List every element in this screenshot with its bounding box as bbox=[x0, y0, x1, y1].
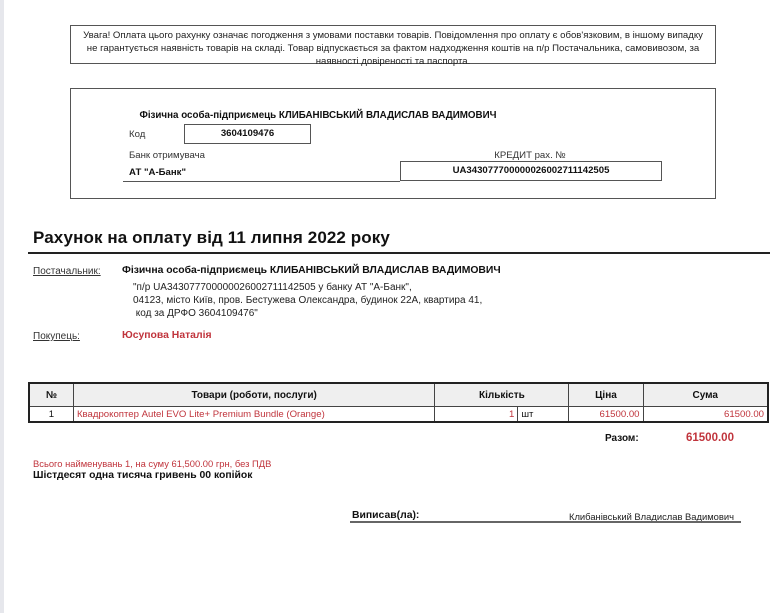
table-row: 1 Квадрокоптер Autel EVO Lite+ Premium B… bbox=[29, 407, 768, 423]
row-price: 61500.00 bbox=[569, 407, 643, 423]
recipient-box bbox=[70, 88, 716, 199]
header-name: Товари (роботи, послуги) bbox=[73, 383, 434, 407]
buyer-name: Юсупова Наталія bbox=[122, 330, 212, 341]
supplier-name: Фізична особа-підприємець КЛИБАНІВСЬКИЙ … bbox=[122, 265, 501, 276]
header-price: Ціна bbox=[569, 383, 643, 407]
row-qty: 1 bbox=[435, 407, 518, 423]
code-value: 3604109476 bbox=[184, 124, 311, 144]
signature-line bbox=[350, 521, 741, 523]
buyer-label: Покупець: bbox=[33, 331, 80, 342]
document-title: Рахунок на оплату від 11 липня 2022 року bbox=[33, 228, 390, 248]
page-edge bbox=[0, 0, 4, 613]
supplier-label: Постачальник: bbox=[33, 266, 101, 277]
issued-by-label: Виписав(ла): bbox=[352, 510, 419, 521]
amount-in-words: Шістдесят одна тисяча гривень 00 копійок bbox=[33, 470, 252, 481]
notice-box: Увага! Оплата цього рахунку означає пого… bbox=[70, 25, 716, 64]
bank-underline bbox=[123, 181, 400, 182]
credit-account-label: КРЕДИТ рах. № bbox=[400, 150, 660, 161]
header-qty: Кількість bbox=[435, 383, 569, 407]
code-label: Код bbox=[129, 129, 145, 140]
row-num: 1 bbox=[29, 407, 73, 423]
items-table: № Товари (роботи, послуги) Кількість Цін… bbox=[28, 382, 769, 423]
row-sum: 61500.00 bbox=[643, 407, 768, 423]
bank-name: АТ "А-Банк" bbox=[129, 167, 186, 178]
header-sum: Сума bbox=[643, 383, 768, 407]
recipient-title: Фізична особа-підприємець КЛИБАНІВСЬКИЙ … bbox=[118, 110, 518, 121]
header-num: № bbox=[29, 383, 73, 407]
items-summary: Всього найменувань 1, на суму 61,500.00 … bbox=[33, 458, 271, 469]
table-header-row: № Товари (роботи, послуги) Кількість Цін… bbox=[29, 383, 768, 407]
row-unit: шт bbox=[518, 407, 569, 423]
credit-account-value: UA343077700000026002711142505 bbox=[400, 161, 662, 181]
notice-text: Увага! Оплата цього рахунку означає пого… bbox=[83, 30, 703, 67]
total-label: Разом: bbox=[605, 433, 639, 444]
total-value: 61500.00 bbox=[686, 432, 734, 444]
supplier-details: "п/р UA343077700000026002711142505 у бан… bbox=[133, 281, 482, 320]
title-divider bbox=[28, 252, 770, 254]
bank-label: Банк отримувача bbox=[129, 150, 205, 161]
row-name: Квадрокоптер Autel EVO Lite+ Premium Bun… bbox=[73, 407, 434, 423]
